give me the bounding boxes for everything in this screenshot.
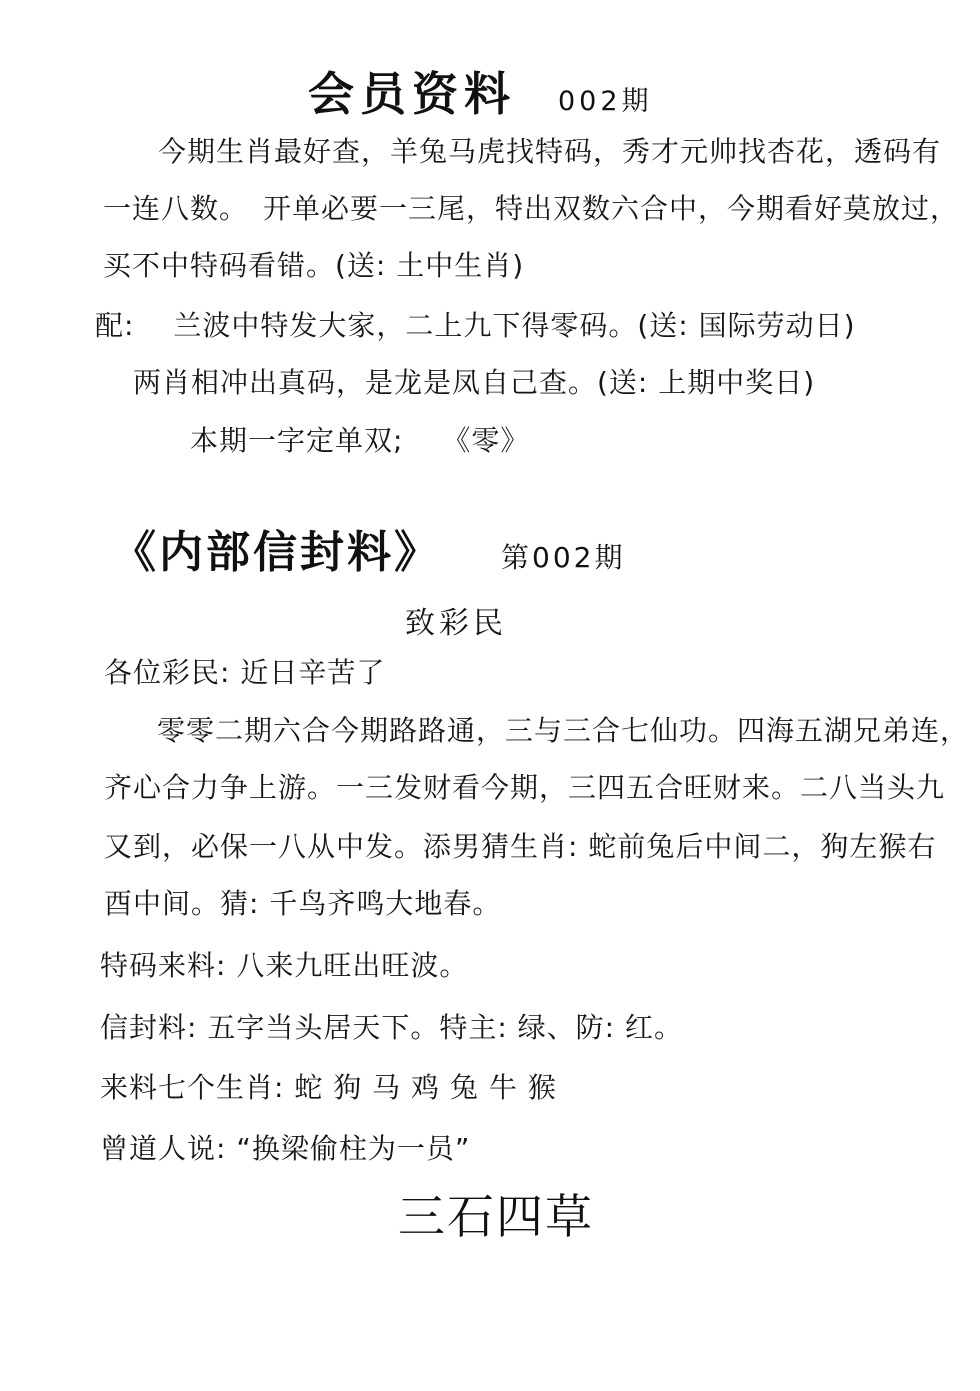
member-text-line: 今期生肖最好查，羊兔马虎找特码，秀才元帅找杏花，透码有 (158, 136, 941, 168)
member-section-title: 会员资料 (308, 58, 516, 124)
envelope-section-header: 《内部信封料》 第002期 (112, 516, 625, 580)
signature-text: 三石四草 (398, 1180, 594, 1247)
member-text-line: 配: 兰波中特发大家，二上九下得零码。(送: 国际劳动日) (95, 310, 856, 342)
envelope-issue-number: 第002期 (501, 536, 625, 576)
envelope-text-line: 曾道人说: “换梁偷柱为一员” (100, 1133, 470, 1165)
envelope-text-line: 酉中间。猜: 千鸟齐鸣大地春。 (104, 888, 501, 920)
envelope-text-line: 来料七个生肖: 蛇 狗 马 鸡 兔 牛 猴 (100, 1072, 557, 1104)
member-text-line: 两肖相冲出真码，是龙是凤自己查。(送: 上期中奖日) (133, 367, 815, 399)
scanned-tip-sheet-page: 会员资料 002期 今期生肖最好查，羊兔马虎找特码，秀才元帅找杏花，透码有 一连… (0, 0, 980, 1391)
envelope-section-title: 《内部信封料》 (112, 516, 441, 580)
member-text-line: 本期一字定单双; 《零》 (190, 425, 529, 457)
envelope-text-line: 信封料: 五字当头居天下。特主: 绿、防: 红。 (100, 1012, 683, 1044)
member-section-header: 会员资料 002期 (308, 58, 653, 124)
envelope-text-line: 各位彩民: 近日辛苦了 (104, 657, 385, 689)
member-issue-number: 002期 (558, 79, 653, 118)
member-text-line: 买不中特码看错。(送: 土中生肖) (103, 250, 524, 282)
envelope-text-line: 零零二期六合今期路路通，三与三合七仙功。四海五湖兄弟连， (157, 715, 969, 747)
salutation: 致彩民 (405, 598, 507, 642)
member-text-line: 一连八数。 开单必要一三尾，特出双数六合中，今期看好莫放过， (103, 193, 959, 225)
envelope-text-line: 特码来料: 八来九旺出旺波。 (100, 950, 468, 982)
envelope-text-line: 齐心合力争上游。一三发财看今期，三四五合旺财来。二八当头九 (104, 772, 945, 804)
envelope-text-line: 又到，必保一八从中发。添男猜生肖: 蛇前兔后中间二，狗左猴右 (104, 831, 936, 863)
